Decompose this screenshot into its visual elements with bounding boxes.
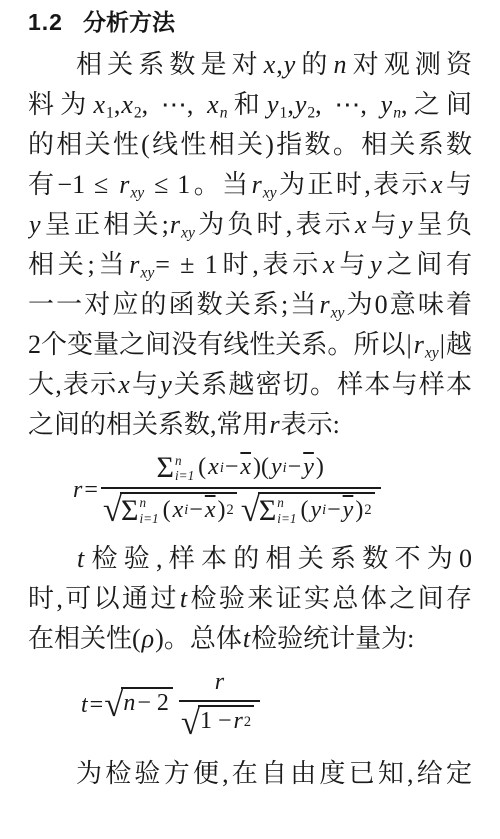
- text-segment: 与: [336, 250, 370, 279]
- text-segment: Σ: [157, 453, 174, 483]
- text-segment: −: [287, 454, 303, 482]
- text-line: 为检验方便,在自由度已知,给定: [28, 754, 472, 794]
- text-segment: 时,可以通过: [28, 584, 179, 613]
- section-number: 1.2: [28, 9, 63, 35]
- text-segment: 一一对应的函数关系;当: [28, 290, 318, 319]
- text-segment: 和: [228, 90, 266, 119]
- formula-lhs: t=: [80, 692, 104, 720]
- text-segment: x: [322, 250, 336, 279]
- text-segment: r: [318, 290, 330, 319]
- text-segment: y: [283, 50, 297, 79]
- text-segment: x: [172, 497, 185, 525]
- t-statistic-formula: t= √ n − 2 r √ 1 − r2: [80, 669, 500, 742]
- text-segment: 与: [444, 170, 472, 199]
- text-segment: r: [72, 477, 83, 503]
- text-segment: y: [369, 250, 383, 279]
- radicand: Σni=1(yi − y)2: [258, 492, 375, 525]
- fraction: Σni=1(xi − x)(yi − y) √ Σni=1(xi − x)2 √…: [101, 453, 381, 529]
- text-segment: (: [197, 454, 207, 482]
- text-line: 时,可以通过t检验来证实总体之间存: [28, 579, 472, 619]
- text-segment: n: [333, 50, 348, 79]
- fraction-numerator: Σni=1(xi − x)(yi − y): [145, 453, 337, 487]
- text-segment: 呈负: [414, 210, 472, 239]
- text-segment: ): [217, 497, 227, 525]
- text-segment: xy: [181, 224, 195, 241]
- text-line: 大,表示x与y关系越密切。样本与样本: [28, 365, 472, 405]
- text-segment: y: [294, 90, 308, 119]
- text-segment: n: [122, 690, 136, 718]
- text-segment: xy: [140, 264, 154, 281]
- text-segment: 与: [131, 370, 159, 399]
- text-segment: y: [159, 370, 173, 399]
- text-segment: 相关系数是对: [76, 50, 263, 79]
- text-segment: 为正时,表示: [277, 170, 430, 199]
- text-segment: t: [76, 544, 85, 573]
- text-segment: 为检验方便,在自由度已知,给定: [76, 759, 472, 788]
- text-segment: y: [380, 90, 394, 119]
- text-segment: 的相关性(线性相关)指数。相关系数: [28, 130, 472, 159]
- text-segment: )。总体: [155, 624, 242, 653]
- text-segment: 2: [244, 714, 251, 731]
- text-segment: , ⋯,: [315, 90, 379, 119]
- section-title: 分析方法: [83, 9, 175, 35]
- text-segment: 与: [368, 210, 400, 239]
- text-line: t检验,样本的相关系数不为0: [28, 539, 472, 579]
- text-segment: |: [406, 330, 413, 359]
- text-segment: r: [269, 410, 281, 439]
- text-line: 有−1 ≤ rxy ≤ 1。当rxy为正时,表示x与: [28, 165, 472, 205]
- radicand: Σni=1(xi − x)2: [120, 492, 237, 525]
- text-segment: x: [206, 90, 220, 119]
- text-line: 料为x1,x2, ⋯, xn和y1,y2, ⋯, yn,之间: [28, 85, 472, 125]
- text-segment: t: [80, 692, 89, 718]
- text-line: 相关;当rxy= ± 1时,表示x与y之间有: [28, 245, 472, 285]
- text-segment: ρ: [141, 624, 155, 653]
- formula-lhs: r=: [72, 477, 99, 505]
- sum-limits: ni=1: [139, 495, 158, 525]
- text-segment: r: [214, 669, 225, 697]
- text-segment: 2: [364, 502, 371, 519]
- text-segment: 检验来证实总体之间存: [188, 584, 472, 613]
- text-segment: 有: [28, 170, 56, 199]
- text-segment: ,: [276, 50, 283, 79]
- text-segment: xy: [425, 344, 439, 361]
- text-segment: x: [120, 90, 134, 119]
- text-segment: Σ: [259, 496, 276, 526]
- text-segment: 越: [446, 330, 472, 359]
- text-segment: 2: [307, 104, 315, 121]
- text-segment: 为负时,表示: [195, 210, 354, 239]
- text-segment: −: [326, 497, 342, 525]
- text-segment: 呈正相关;: [42, 210, 169, 239]
- text-segment: x: [430, 170, 444, 199]
- text-segment: (: [299, 497, 309, 525]
- text-segment: ,之间: [401, 90, 472, 119]
- fraction-denominator: √ Σni=1(xi − x)2 √ Σni=1(yi − y)2: [101, 487, 381, 529]
- text-line: 的相关性(线性相关)指数。相关系数: [28, 125, 472, 165]
- text-segment: x: [117, 370, 131, 399]
- text-segment: xy: [263, 184, 277, 201]
- text-segment: =: [83, 477, 99, 503]
- text-segment: 对观测资: [348, 50, 472, 79]
- text-segment: r: [251, 170, 263, 199]
- text-segment: 2: [134, 104, 142, 121]
- text-segment: r: [413, 330, 425, 359]
- square-root: √ Σni=1(xi − x)2: [103, 492, 237, 529]
- text-segment: x: [92, 90, 106, 119]
- text-segment: 检验,样本的相关系数不为0: [85, 544, 472, 573]
- text-segment: 表示:: [281, 410, 340, 439]
- text-segment: 大,表示: [28, 370, 117, 399]
- text-segment: t: [242, 624, 251, 653]
- text-segment: ): [315, 454, 325, 482]
- text-segment: 1: [106, 104, 114, 121]
- body-text: 为检验方便,在自由度已知,给定: [28, 754, 472, 794]
- section-heading: 1.2分析方法: [28, 9, 500, 35]
- text-segment: |: [439, 330, 446, 359]
- text-segment: x: [239, 454, 252, 482]
- text-segment: 关系越密切。样本与样本: [173, 370, 472, 399]
- text-line: 之间的相关系数,常用r表示:: [28, 405, 472, 445]
- text-segment: −1 ≤: [56, 170, 118, 199]
- text-segment: 之间的相关系数,常用: [28, 410, 269, 439]
- text-segment: y: [342, 497, 355, 525]
- body-text: 相关系数是对x,y的n对观测资 料为x1,x2, ⋯, xn和y1,y2, ⋯,…: [28, 45, 472, 445]
- text-segment: = ± 1: [154, 250, 218, 279]
- fraction: r √ 1 − r2: [179, 669, 260, 742]
- text-segment: y: [309, 497, 322, 525]
- text-segment: t: [179, 584, 188, 613]
- text-segment: 2: [227, 502, 234, 519]
- text-segment: −: [224, 454, 240, 482]
- body-text: t检验,样本的相关系数不为0 时,可以通过t检验来证实总体之间存 在相关性(ρ)…: [28, 539, 472, 659]
- fraction-denominator: √ 1 − r2: [179, 700, 260, 742]
- text-segment: −: [188, 497, 204, 525]
- text-line: 一一对应的函数关系;当rxy为0意味着: [28, 285, 472, 325]
- text-segment: xy: [130, 184, 144, 201]
- text-segment: − 2: [136, 690, 170, 718]
- text-segment: 之间有: [383, 250, 472, 279]
- sum-limits: ni=1: [277, 495, 296, 525]
- text-segment: ,: [287, 90, 294, 119]
- text-segment: ): [354, 497, 364, 525]
- text-segment: 时,表示: [219, 250, 322, 279]
- text-segment: Σ: [121, 496, 138, 526]
- text-segment: 1 −: [199, 708, 233, 736]
- text-segment: 料为: [28, 90, 92, 119]
- text-segment: x: [263, 50, 277, 79]
- radicand: n − 2: [121, 687, 173, 718]
- text-segment: 2个变量之间没有线性关系。所以: [28, 330, 406, 359]
- text-segment: r: [118, 170, 130, 199]
- text-segment: r: [169, 210, 181, 239]
- text-segment: x: [354, 210, 368, 239]
- text-segment: xy: [331, 304, 345, 321]
- text-segment: 在相关性(: [28, 624, 141, 653]
- text-segment: =: [89, 692, 105, 718]
- text-segment: 的: [296, 50, 332, 79]
- text-line: 2个变量之间没有线性关系。所以|rxy|越: [28, 325, 472, 365]
- text-line: y呈正相关;rxy为负时,表示x与y呈负: [28, 205, 472, 245]
- text-segment: 检验统计量为:: [251, 624, 414, 653]
- text-line: 在相关性(ρ)。总体t检验统计量为:: [28, 619, 472, 659]
- text-segment: x: [204, 497, 217, 525]
- paper-page: 1.2分析方法 相关系数是对x,y的n对观测资 料为x1,x2, ⋯, xn和y…: [0, 0, 500, 839]
- radicand: 1 − r2: [198, 705, 254, 736]
- text-segment: , ⋯,: [142, 90, 206, 119]
- text-segment: r: [233, 708, 244, 736]
- text-segment: (: [162, 497, 172, 525]
- text-segment: y: [266, 90, 280, 119]
- text-segment: )(: [252, 454, 270, 482]
- text-segment: n: [220, 104, 228, 121]
- square-root: √ n − 2: [104, 687, 173, 724]
- text-line: 相关系数是对x,y的n对观测资: [28, 45, 472, 85]
- square-root: √ 1 − r2: [181, 705, 254, 742]
- text-segment: y: [302, 454, 315, 482]
- text-segment: n: [393, 104, 401, 121]
- correlation-coefficient-formula: r= Σni=1(xi − x)(yi − y) √ Σni=1(xi − x)…: [72, 453, 500, 529]
- text-segment: 为0意味着: [344, 290, 472, 319]
- text-segment: r: [128, 250, 140, 279]
- text-segment: y: [400, 210, 414, 239]
- text-segment: x: [207, 454, 220, 482]
- text-segment: ≤ 1: [144, 170, 191, 199]
- text-segment: y: [28, 210, 42, 239]
- square-root: √ Σni=1(yi − y)2: [241, 492, 375, 529]
- fraction-numerator: r: [202, 669, 237, 701]
- text-segment: 。当: [191, 170, 250, 199]
- sum-limits: ni=1: [175, 453, 194, 483]
- text-segment: y: [270, 454, 283, 482]
- text-segment: 相关;当: [28, 250, 128, 279]
